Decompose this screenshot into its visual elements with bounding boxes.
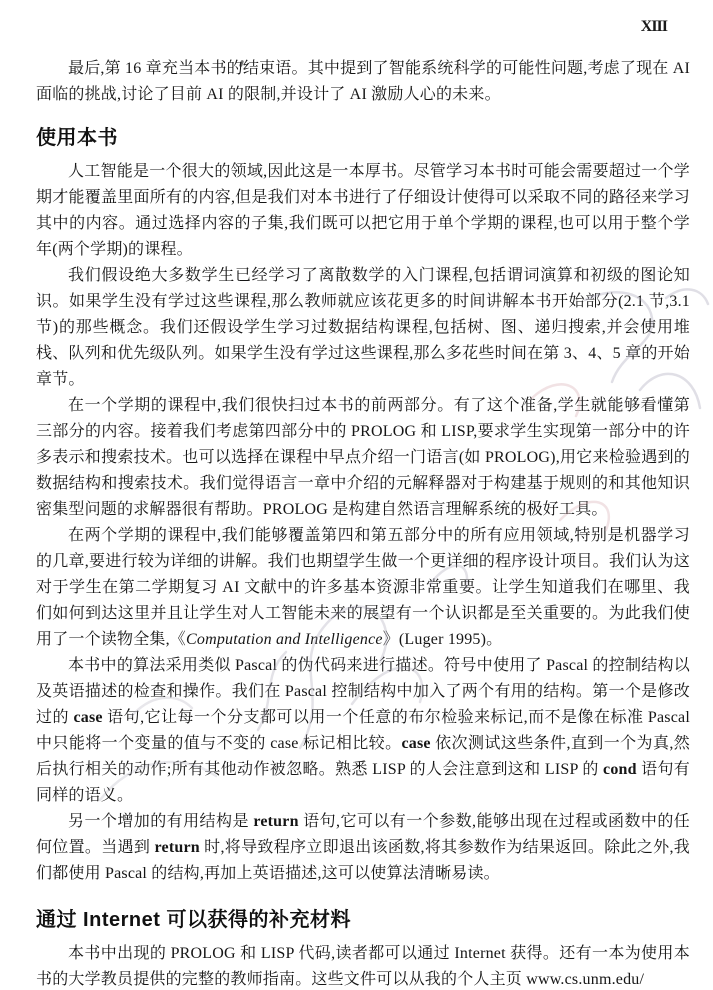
paragraph-pseudocode-notation: 本书中的算法采用类似 Pascal 的伪代码来进行描述。符号中使用了 Pasca… (36, 653, 690, 809)
paragraph-return-statement: 另一个增加的有用结构是 return 语句,它可以有一个参数,能够出现在过程或函… (36, 809, 690, 887)
paragraph-internet-resources: 本书中出现的 PROLOG 和 LISP 代码,读者都可以通过 Internet… (36, 941, 690, 990)
section-heading-using-book: 使用本书 (36, 121, 690, 150)
paragraph-prerequisites: 我们假设绝大多数学生已经学习了离散数学的入门课程,包括谓词演算和初级的图论知识。… (36, 263, 690, 393)
scanned-book-page: XIII 最后,第 16 章充当本书的结束语。其中提到了智能系统科学的可能性问题… (0, 0, 713, 990)
page-content: 最后,第 16 章充当本书的结束语。其中提到了智能系统科学的可能性问题,考虑了现… (36, 56, 690, 990)
paragraph-closing-chapter: 最后,第 16 章充当本书的结束语。其中提到了智能系统科学的可能性问题,考虑了现… (36, 56, 690, 108)
page-number: XIII (641, 18, 667, 36)
paragraph-one-semester-course: 在一个学期的课程中,我们很快扫过本书的前两部分。有了这个准备,学生就能够看懂第三… (36, 393, 690, 523)
paragraph-two-semester-course: 在两个学期的课程中,我们能够覆盖第四和第五部分中的所有应用领域,特别是机器学习的… (36, 523, 690, 653)
paragraph-big-field: 人工智能是一个很大的领域,因此这是一本厚书。尽管学习本书时可能会需要超过一个学期… (36, 159, 690, 263)
section-heading-internet-materials: 通过 Internet 可以获得的补充材料 (36, 903, 690, 932)
